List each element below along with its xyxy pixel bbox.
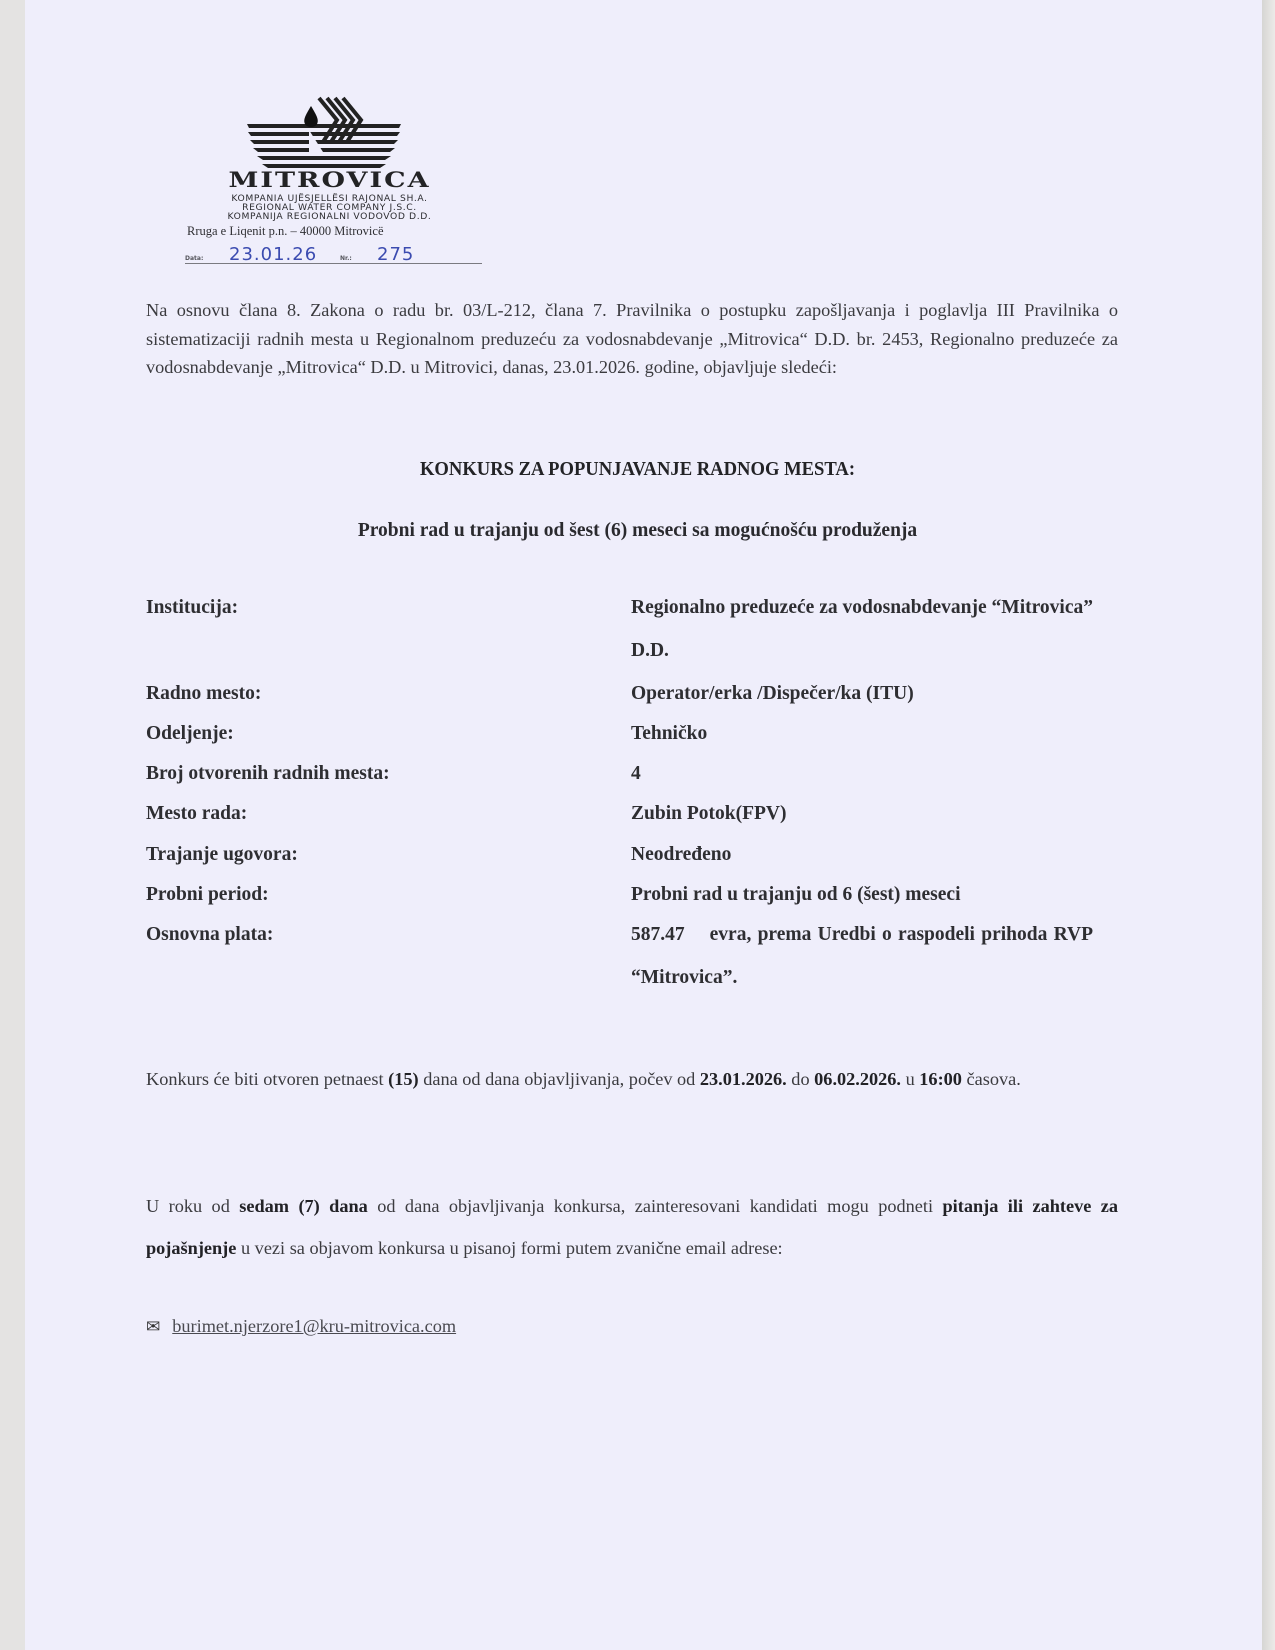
detail-value: Tehničko xyxy=(631,712,1093,755)
detail-label: Osnovna plata: xyxy=(146,924,273,946)
detail-value: Probni rad u trajanju od 6 (šest) meseci xyxy=(631,873,1093,916)
text: časova. xyxy=(962,1069,1021,1089)
bold-text: sedam (7) dana xyxy=(239,1196,368,1216)
deadline-time: 16:00 xyxy=(919,1069,962,1089)
detail-label: Mesto rada: xyxy=(146,803,247,825)
text: Konkurs će biti otvoren petnaest xyxy=(146,1069,388,1089)
detail-label: Broj otvorenih radnih mesta: xyxy=(146,763,390,785)
text: do xyxy=(787,1069,814,1089)
detail-value: 4 xyxy=(631,752,1093,795)
detail-label: Odeljenje: xyxy=(146,723,234,745)
start-date: 23.01.2026. xyxy=(700,1069,787,1089)
detail-value: Regionalno preduzeće za vodosnabdevanje … xyxy=(631,586,1093,672)
detail-label: Radno mesto: xyxy=(146,683,261,705)
detail-value: Neodređeno xyxy=(631,833,1093,876)
detail-label: Probni period: xyxy=(146,884,269,906)
company-line-serbian: KOMPANIJA REGIONALNI VODOVOD D.D. xyxy=(177,212,482,222)
registration-stamp: Data: 23.01.26 Nr.: 275 xyxy=(185,241,482,264)
company-address: Rruga e Liqenit p.n. – 40000 Mitrovicë xyxy=(187,224,482,239)
text: U roku od xyxy=(146,1196,239,1216)
intro-paragraph: Na osnovu člana 8. Zakona o radu br. 03/… xyxy=(146,296,1118,382)
text: od dana objavljivanja konkursa, zaintere… xyxy=(368,1196,943,1216)
text: u xyxy=(901,1069,919,1089)
application-period-paragraph: Konkurs će biti otvoren petnaest (15) da… xyxy=(146,1058,1118,1100)
detail-label: Institucija: xyxy=(146,597,238,619)
detail-label: Trajanje ugovora: xyxy=(146,844,298,866)
detail-value: 587.47 evra, prema Uredbi o raspodeli pr… xyxy=(631,913,1093,999)
scan-edge xyxy=(1262,0,1275,1650)
handwritten-date: 23.01.26 xyxy=(229,244,317,265)
clarification-paragraph: U roku od sedam (7) dana od dana objavlj… xyxy=(146,1185,1118,1269)
end-date: 06.02.2026. xyxy=(814,1069,901,1089)
handwritten-number: 275 xyxy=(377,244,414,265)
text: u vezi sa objavom konkursa u pisanoj for… xyxy=(236,1238,782,1258)
company-logo-icon xyxy=(239,94,409,174)
text: dana od dana objavljivanja, počev od xyxy=(419,1069,700,1089)
company-name: MITROVICA xyxy=(177,172,482,189)
detail-value: Operator/erka /Dispečer/ka (ITU) xyxy=(631,672,1093,715)
bold-text: (15) xyxy=(388,1069,418,1089)
detail-value: Zubin Potok(FPV) xyxy=(631,792,1093,835)
number-label: Nr.: xyxy=(340,255,352,262)
document-subtitle: Probni rad u trajanju od šest (6) meseci… xyxy=(0,520,1275,542)
document-title: KONKURS ZA POPUNJAVANJE RADNOG MESTA: xyxy=(45,458,1231,481)
date-label: Data: xyxy=(185,255,203,262)
envelope-icon: ✉ xyxy=(146,1317,160,1337)
email-link[interactable]: burimet.njerzore1@kru-mitrovica.com xyxy=(172,1316,456,1336)
contact-email-row: ✉burimet.njerzore1@kru-mitrovica.com xyxy=(146,1316,456,1337)
